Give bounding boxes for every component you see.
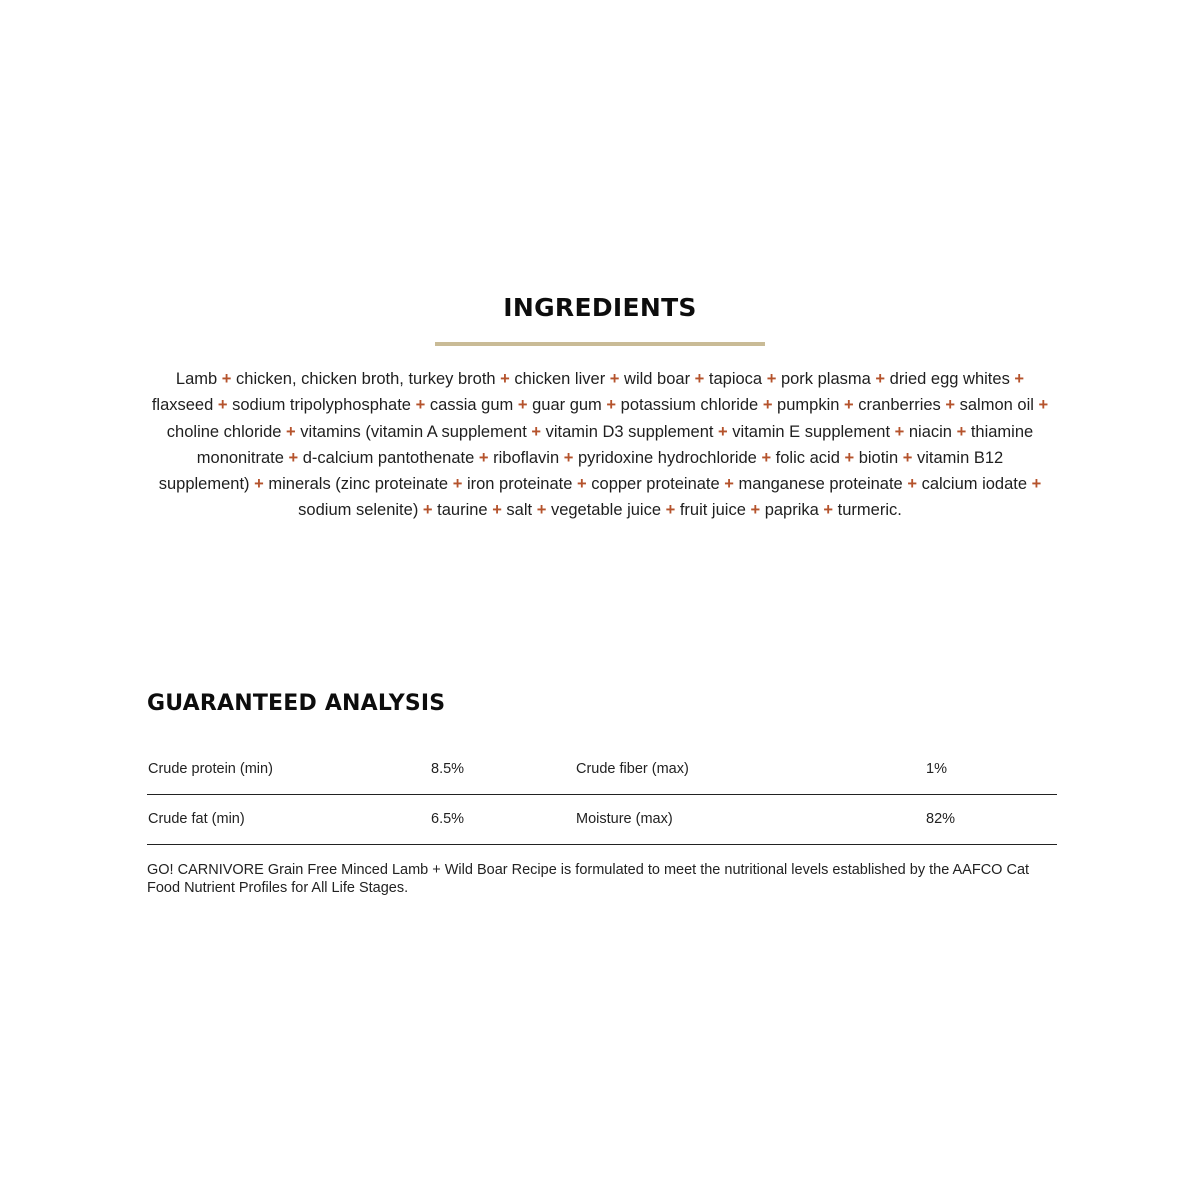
ingredient-item: manganese proteinate [739, 475, 903, 493]
ingredient-item: taurine [437, 501, 487, 519]
guaranteed-analysis-heading: GUARANTEED ANALYSIS [147, 688, 1057, 720]
nutrient-label: Crude fiber (max) [526, 744, 926, 794]
plus-separator-icon: + [564, 449, 574, 467]
plus-separator-icon: + [767, 370, 777, 388]
ingredient-item: sodium selenite) [298, 501, 418, 519]
ingredient-item: flaxseed [152, 396, 213, 414]
ingredient-item: folic acid [776, 449, 840, 467]
nutrient-value: 1% [926, 744, 1057, 794]
guaranteed-analysis-section: GUARANTEED ANALYSIS Crude protein (min) … [147, 688, 1057, 911]
ingredient-item: paprika [765, 501, 819, 519]
ingredient-item: vitamin E supplement [732, 423, 890, 441]
plus-separator-icon: + [518, 396, 528, 414]
plus-separator-icon: + [286, 423, 296, 441]
plus-separator-icon: + [531, 423, 541, 441]
plus-separator-icon: + [289, 449, 299, 467]
ingredient-item: salmon oil [960, 396, 1034, 414]
plus-separator-icon: + [945, 396, 955, 414]
ingredient-item: riboflavin [493, 449, 559, 467]
ingredient-item: biotin [859, 449, 898, 467]
ingredient-item: Lamb [176, 370, 217, 388]
ingredient-item: iron proteinate [467, 475, 573, 493]
plus-separator-icon: + [718, 423, 728, 441]
plus-separator-icon: + [416, 396, 426, 414]
ingredients-list: Lamb + chicken, chicken broth, turkey br… [150, 366, 1050, 524]
ingredient-item: calcium iodate [922, 475, 1027, 493]
plus-separator-icon: + [222, 370, 232, 388]
ingredient-item: pyridoxine hydrochloride [578, 449, 757, 467]
ingredient-item: niacin [909, 423, 952, 441]
plus-separator-icon: + [957, 423, 967, 441]
plus-separator-icon: + [1014, 370, 1024, 388]
plus-separator-icon: + [423, 501, 433, 519]
plus-separator-icon: + [1039, 396, 1049, 414]
ingredient-item: vegetable juice [551, 501, 661, 519]
plus-separator-icon: + [823, 501, 833, 519]
table-row: Crude protein (min) 8.5% Crude fiber (ma… [147, 744, 1057, 794]
ingredient-item: vitamins (vitamin A supplement [300, 423, 527, 441]
ingredient-item: pumpkin [777, 396, 839, 414]
plus-separator-icon: + [875, 370, 885, 388]
ingredient-item: d-calcium pantothenate [303, 449, 475, 467]
ingredient-item: tapioca [709, 370, 762, 388]
plus-separator-icon: + [1032, 475, 1042, 493]
plus-separator-icon: + [500, 370, 510, 388]
ingredients-heading: INGREDIENTS [150, 290, 1050, 326]
ingredient-item: salt [506, 501, 532, 519]
plus-separator-icon: + [907, 475, 917, 493]
ingredient-item: pork plasma [781, 370, 871, 388]
plus-separator-icon: + [610, 370, 620, 388]
nutrient-value: 6.5% [431, 794, 526, 844]
plus-separator-icon: + [577, 475, 587, 493]
ingredient-item: minerals (zinc proteinate [268, 475, 448, 493]
ingredient-item: sodium tripolyphosphate [232, 396, 411, 414]
nutrient-value: 82% [926, 794, 1057, 844]
plus-separator-icon: + [453, 475, 463, 493]
plus-separator-icon: + [724, 475, 734, 493]
ingredient-item: copper proteinate [591, 475, 719, 493]
plus-separator-icon: + [492, 501, 502, 519]
ingredient-item: vitamin D3 supplement [546, 423, 714, 441]
nutrient-label: Crude protein (min) [147, 744, 431, 794]
ingredient-item: potassium chloride [621, 396, 759, 414]
plus-separator-icon: + [218, 396, 228, 414]
plus-separator-icon: + [254, 475, 264, 493]
ingredient-item: fruit juice [680, 501, 746, 519]
plus-separator-icon: + [606, 396, 616, 414]
plus-separator-icon: + [666, 501, 676, 519]
ingredient-item: turmeric. [838, 501, 902, 519]
plus-separator-icon: + [479, 449, 489, 467]
ingredient-item: cassia gum [430, 396, 513, 414]
plus-separator-icon: + [537, 501, 547, 519]
plus-separator-icon: + [761, 449, 771, 467]
plus-separator-icon: + [903, 449, 913, 467]
ingredient-item: dried egg whites [890, 370, 1010, 388]
guaranteed-analysis-table: Crude protein (min) 8.5% Crude fiber (ma… [147, 744, 1057, 845]
plus-separator-icon: + [763, 396, 773, 414]
plus-separator-icon: + [750, 501, 760, 519]
ingredients-section: INGREDIENTS Lamb + chicken, chicken brot… [150, 290, 1050, 524]
nutrient-label: Moisture (max) [526, 794, 926, 844]
nutrient-label: Crude fat (min) [147, 794, 431, 844]
plus-separator-icon: + [844, 449, 854, 467]
aafco-statement: GO! CARNIVORE Grain Free Minced Lamb + W… [147, 861, 1047, 897]
ingredient-item: cranberries [858, 396, 941, 414]
ingredients-divider [435, 342, 765, 346]
ingredient-item: guar gum [532, 396, 602, 414]
ingredient-item: choline chloride [167, 423, 282, 441]
plus-separator-icon: + [844, 396, 854, 414]
nutrient-value: 8.5% [431, 744, 526, 794]
plus-separator-icon: + [895, 423, 905, 441]
plus-separator-icon: + [695, 370, 705, 388]
ingredient-item: wild boar [624, 370, 690, 388]
table-row: Crude fat (min) 6.5% Moisture (max) 82% [147, 794, 1057, 844]
ingredient-item: chicken liver [514, 370, 605, 388]
ingredient-item: chicken, chicken broth, turkey broth [236, 370, 496, 388]
